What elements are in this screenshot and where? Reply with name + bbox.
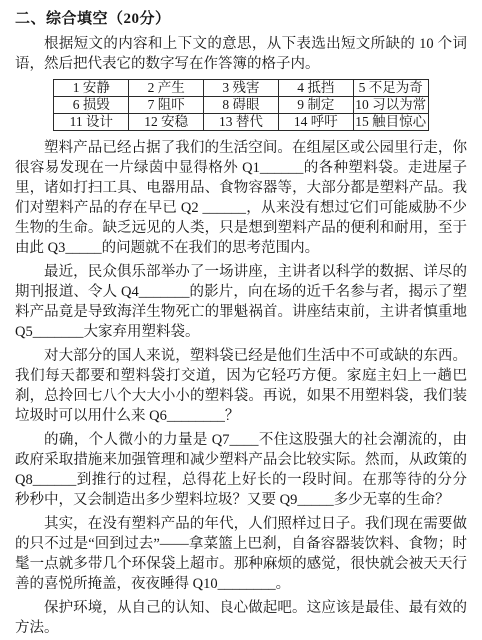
word-option-cell: 9 制定 <box>278 97 353 114</box>
word-option-cell: 10 习以为常 <box>353 97 428 114</box>
word-option-cell: 13 替代 <box>204 114 279 131</box>
word-table-row: 1 安静2 产生3 残害4 抵挡5 不足为奇 <box>54 80 428 97</box>
passage-paragraph: 保护环境，从自己的认知、良心做起吧。这应该是最佳、最有效的方法。 <box>15 598 467 638</box>
word-option-cell: 15 触目惊心 <box>353 114 428 131</box>
word-option-cell: 7 阻吓 <box>129 97 204 114</box>
word-option-cell: 1 安静 <box>54 80 129 97</box>
word-table-row: 6 损毁7 阻吓8 碍眼9 制定10 习以为常 <box>54 97 428 114</box>
word-option-cell: 3 残害 <box>204 80 279 97</box>
word-options-table: 1 安静2 产生3 残害4 抵挡5 不足为奇6 损毁7 阻吓8 碍眼9 制定10… <box>53 79 428 131</box>
word-option-cell: 5 不足为奇 <box>353 80 428 97</box>
section-title: 二、综合填空（20分） <box>15 7 467 28</box>
passage-paragraph: 其实，在没有塑料产品的年代，人们照样过日子。我们现在需要做的只不过是“回到过去”… <box>15 514 467 594</box>
word-option-cell: 12 安稳 <box>129 114 204 131</box>
word-option-cell: 11 设计 <box>54 114 129 131</box>
word-table-row: 11 设计12 安稳13 替代14 呼吁15 触目惊心 <box>54 114 428 131</box>
word-table-body: 1 安静2 产生3 残害4 抵挡5 不足为奇6 损毁7 阻吓8 碍眼9 制定10… <box>54 80 428 131</box>
word-option-cell: 2 产生 <box>129 80 204 97</box>
passage: 塑料产品已经占据了我们的生活空间。在组屋区或公园里行走，你很容易发现在一片绿茵中… <box>15 138 467 638</box>
instructions-text: 根据短文的内容和上下文的意思，从下表选出短文所缺的 10 个词语，然后把代表它的… <box>15 34 467 74</box>
word-option-cell: 6 损毁 <box>54 97 129 114</box>
passage-paragraph: 的确，个人微小的力量是 Q7____不住这股强大的社会潮流的，由政府采取措施来加… <box>15 430 467 510</box>
word-option-cell: 8 碍眼 <box>204 97 279 114</box>
passage-paragraph: 最近，民众俱乐部举办了一场讲座，主讲者以科学的数据、详尽的期刊报道、令人 Q4_… <box>15 262 467 342</box>
word-option-cell: 4 抵挡 <box>278 80 353 97</box>
exam-page: 二、综合填空（20分） 根据短文的内容和上下文的意思，从下表选出短文所缺的 10… <box>0 0 482 640</box>
passage-paragraph: 塑料产品已经占据了我们的生活空间。在组屋区或公园里行走，你很容易发现在一片绿茵中… <box>15 138 467 258</box>
passage-paragraph: 对大部分的国人来说，塑料袋已经是他们生活中不可或缺的东西。我们每天都要和塑料袋打… <box>15 346 467 426</box>
word-option-cell: 14 呼吁 <box>278 114 353 131</box>
